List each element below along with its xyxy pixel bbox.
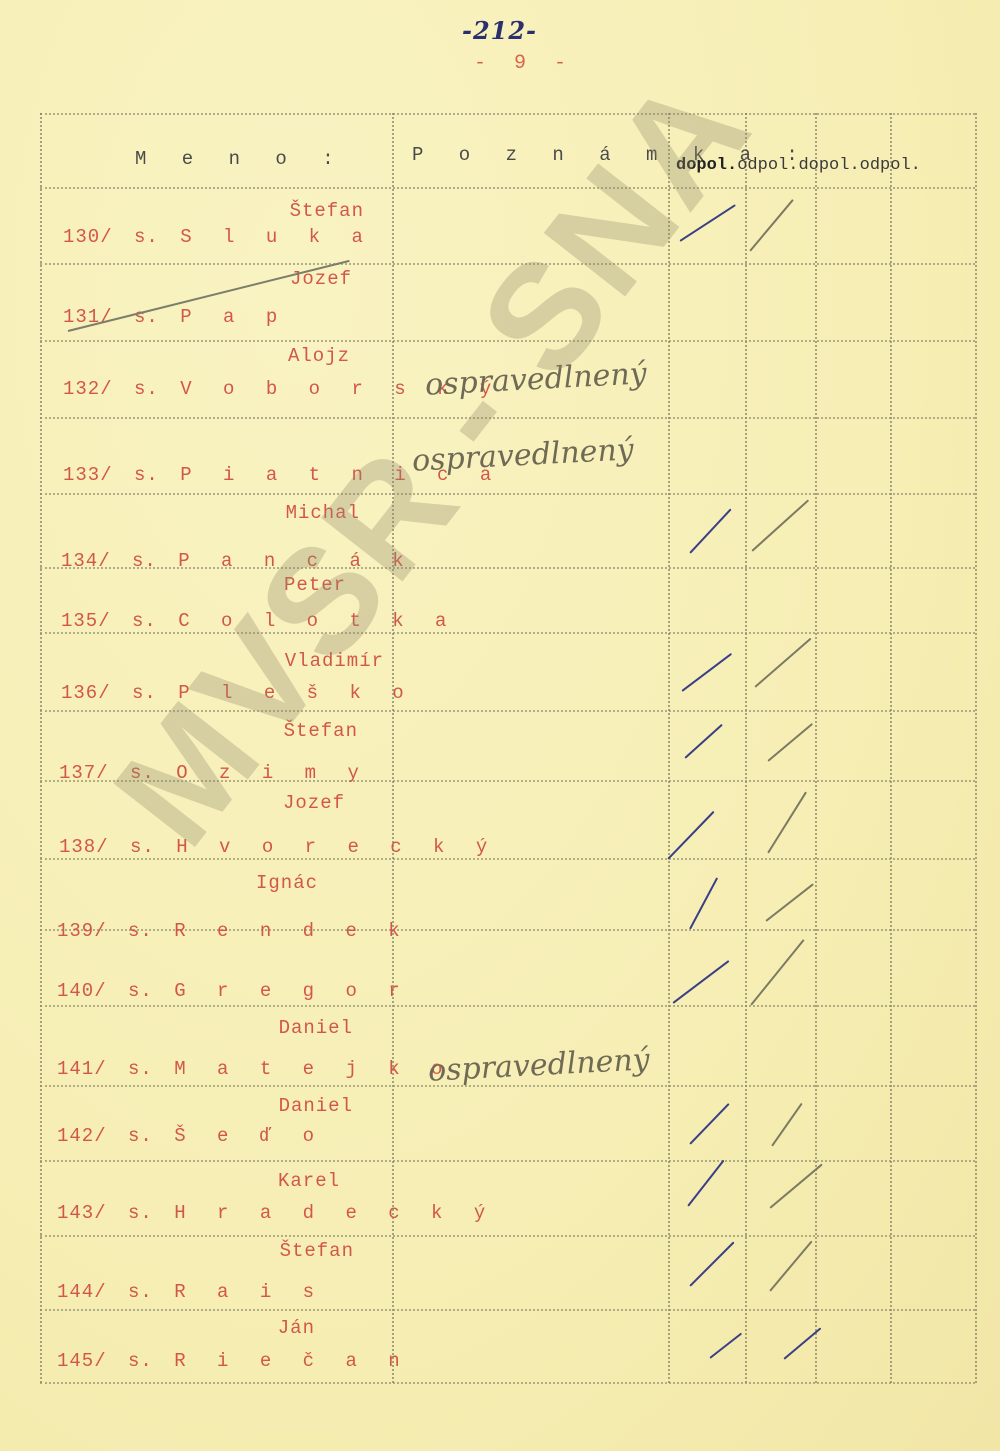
check-mark-dopol — [679, 204, 735, 242]
table-top-border — [40, 113, 975, 115]
first-name: Daniel — [13, 1095, 353, 1117]
first-name: Vladimír — [44, 650, 384, 672]
first-name: Peter — [6, 574, 346, 596]
check-mark-odpol — [750, 939, 804, 1006]
row-separator — [40, 263, 975, 265]
table-left-border — [40, 113, 42, 1383]
column-divider-dopol-odpol — [745, 113, 747, 1383]
column-header-dopol-2: dopol. — [798, 156, 859, 175]
check-mark-odpol — [765, 883, 814, 922]
check-mark-odpol — [769, 1241, 812, 1292]
page-number: - 9 - — [474, 52, 574, 75]
first-name: Štefan — [24, 200, 364, 222]
first-name: Ján — [0, 1317, 315, 1339]
column-divider-note-dopol — [668, 113, 670, 1383]
column-divider-dopol2-odpol2 — [890, 113, 892, 1383]
entry-name: 135/ s. C o l o t k a — [61, 610, 456, 632]
check-mark-odpol — [754, 638, 811, 688]
row-separator — [40, 858, 975, 860]
first-name: Ignác — [0, 872, 318, 894]
column-header-attendance: dopol.odpol.dopol.odpol. — [676, 156, 921, 175]
first-name: Alojz — [10, 345, 350, 367]
column-header-odpol-1: odpol. — [737, 156, 798, 175]
first-name: Štefan — [18, 720, 358, 742]
table-right-border — [975, 113, 977, 1383]
check-mark-dopol — [689, 508, 731, 553]
row-separator — [40, 1309, 975, 1311]
handwritten-note: ospravedlnený — [427, 1042, 650, 1089]
check-mark-dopol — [689, 1241, 734, 1286]
handwritten-note: ospravedlnený — [411, 432, 634, 479]
row-separator — [40, 1085, 975, 1087]
check-mark-odpol — [771, 1103, 802, 1147]
column-divider-name-note — [392, 113, 394, 1383]
header-bottom-border — [40, 187, 975, 189]
row-separator — [40, 1005, 975, 1007]
check-mark-dopol — [672, 960, 729, 1004]
entry-name: 139/ s. R e n d e k — [57, 920, 410, 942]
first-name: Jozef — [5, 792, 345, 814]
check-mark-dopol — [681, 653, 732, 692]
column-header-odpol-2: odpol. — [860, 156, 921, 175]
entry-name: 134/ s. P a n c á k — [61, 550, 414, 572]
entry-name: 130/ s. S l u k a — [63, 226, 373, 248]
entry-name: 141/ s. M a t e j k o — [57, 1058, 452, 1080]
entry-name: 136/ s. P l e š k o — [61, 682, 414, 704]
check-mark-dopol — [709, 1333, 742, 1359]
entry-name: 140/ s. G r e g o r — [57, 980, 410, 1002]
entry-name: 137/ s. O z i m y — [59, 762, 369, 784]
check-mark-odpol — [767, 791, 807, 853]
first-name: Michal — [20, 502, 360, 524]
row-separator — [40, 340, 975, 342]
entry-name: 138/ s. H v o r e c k ý — [59, 836, 497, 858]
row-separator — [40, 1160, 975, 1162]
entry-name: 145/ s. R i e č a n — [57, 1350, 410, 1372]
first-name: Štefan — [14, 1240, 354, 1262]
first-name: Karel — [0, 1170, 340, 1192]
column-header-dopol-1: dopol. — [676, 156, 737, 175]
check-mark-dopol — [667, 811, 714, 860]
check-mark-dopol — [684, 724, 722, 759]
row-separator — [40, 417, 975, 419]
table-bottom-border — [40, 1382, 975, 1384]
column-header-name: M e n o : — [135, 148, 346, 170]
check-mark-dopol — [689, 877, 718, 929]
handwritten-page-reference: -212- — [462, 16, 537, 45]
row-separator — [40, 710, 975, 712]
check-mark-dopol — [689, 1103, 729, 1145]
entry-name: 142/ s. Š e ď o — [57, 1125, 324, 1147]
handwritten-note: ospravedlnený — [424, 356, 647, 403]
entry-name: 143/ s. H r a d e c k ý — [57, 1202, 495, 1224]
entry-name: 144/ s. R a i s — [57, 1281, 324, 1303]
check-mark-odpol — [751, 499, 809, 551]
row-separator — [40, 1235, 975, 1237]
check-mark-odpol — [749, 199, 794, 252]
first-name: Daniel — [13, 1017, 353, 1039]
check-mark-odpol — [767, 723, 813, 762]
check-mark-dopol — [687, 1160, 724, 1207]
column-divider-odpol-dopol2 — [815, 113, 817, 1383]
row-separator — [40, 493, 975, 495]
row-separator — [40, 632, 975, 634]
